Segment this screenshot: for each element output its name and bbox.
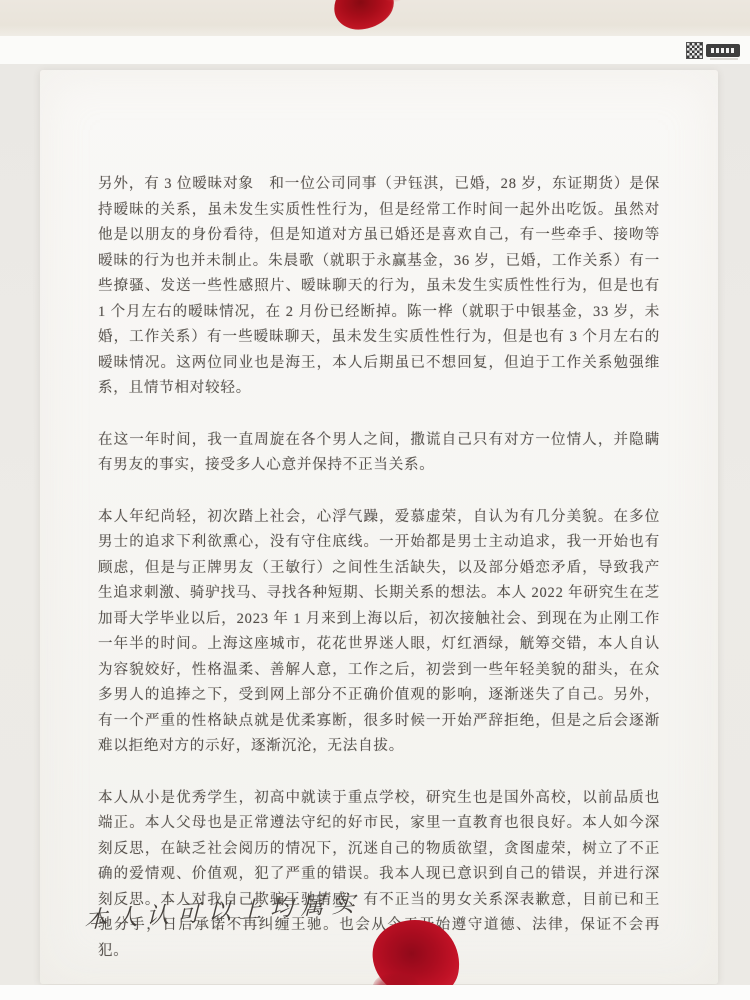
app-watermark	[686, 42, 740, 59]
photo-bottom-edge	[0, 985, 750, 1000]
qr-code-icon	[686, 42, 703, 59]
photo-seam-strip	[0, 36, 750, 65]
paragraph-self-reflection: 本人年纪尚轻，初次踏上社会，心浮气躁，爱慕虚荣，自认为有几分美貌。在多位男士的追…	[98, 505, 660, 760]
previous-page-edge	[0, 0, 750, 36]
letter-body: 另外，有 3 位暧昧对象 和一位公司同事（尹钰淇，已婚，28 岁，东证期货）是保…	[98, 172, 660, 990]
fingerprint-stamp-top	[331, 0, 396, 32]
letter-page: 另外，有 3 位暧昧对象 和一位公司同事（尹钰淇，已婚，28 岁，东证期货）是保…	[40, 70, 718, 984]
watermark-subline	[710, 58, 738, 60]
photo-backdrop: 另外，有 3 位暧昧对象 和一位公司同事（尹钰淇，已婚，28 岁，东证期货）是保…	[0, 64, 750, 1000]
photo-of-confession-letter: 另外，有 3 位暧昧对象 和一位公司同事（尹钰淇，已婚，28 岁，东证期货）是保…	[0, 0, 750, 1000]
watermark-badge-icon	[706, 44, 740, 57]
paragraph-admission: 在这一年时间，我一直周旋在各个男人之间，撒谎自己只有对方一位情人，并隐瞒有男友的…	[98, 428, 660, 479]
paragraph-affair-details: 另外，有 3 位暧昧对象 和一位公司同事（尹钰淇，已婚，28 岁，东证期货）是保…	[98, 172, 660, 402]
